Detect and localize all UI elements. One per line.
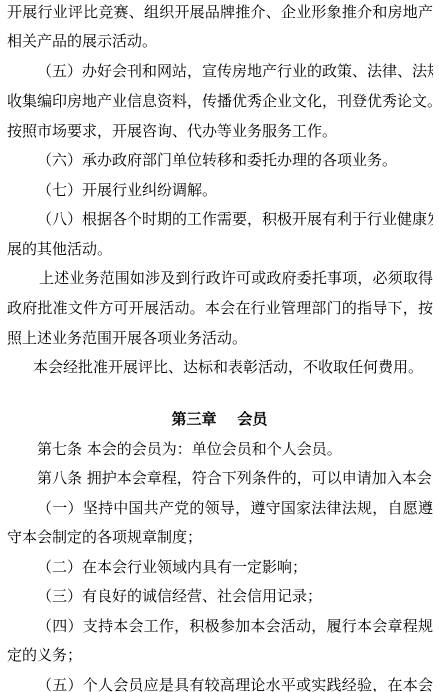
text-line: （五）个人会员应是具有较高理论水平或实践经验，在本会 [37, 674, 433, 692]
text-line: （六）承办政府部门单位转移和委托办理的各项业务。 [37, 149, 433, 171]
text-line: 本会经批准开展评比、达标和表彰活动，不收取任何费用。 [33, 356, 433, 378]
text-line: （二）在本会行业领域内具有一定影响； [37, 556, 433, 578]
text-line: （七）开展行业纠纷调解。 [37, 179, 433, 201]
text-line: 展的其他活动。 [7, 238, 433, 260]
text-line: 守本会制定的各项规章制度； [7, 526, 433, 548]
text-line: 照上述业务范围开展各项业务活动。 [7, 327, 433, 349]
text-line: 第八条 拥护本会章程，符合下列条件的，可以申请加入本会： [37, 467, 433, 489]
text-line: 按照市场要求，开展咨询、代办等业务服务工作。 [7, 120, 433, 142]
text-line: 政府批准文件方可开展活动。本会在行业管理部门的指导下，按 [7, 297, 433, 319]
text-line: 第七条 本会的会员为：单位会员和个人会员。 [37, 438, 433, 460]
document-page: 开展行业评比竞赛、组织开展品牌推介、企业形象推介和房地产相关产品的展示活动。（五… [0, 0, 439, 692]
text-line: （八）根据各个时期的工作需要，积极开展有利于行业健康发 [37, 208, 433, 230]
text-line: 定的义务； [7, 644, 433, 666]
text-line: （五）办好会刊和网站，宣传房地产行业的政策、法律、法规。 [37, 60, 433, 82]
chapter-title: 第三章 会员 [0, 408, 439, 430]
text-line: （三）有良好的诚信经营、社会信用记录； [37, 585, 433, 607]
text-line: （四）支持本会工作，积极参加本会活动，履行本会章程规 [37, 615, 433, 637]
text-line: 开展行业评比竞赛、组织开展品牌推介、企业形象推介和房地产 [7, 1, 433, 23]
text-line: （一）坚持中国共产党的领导，遵守国家法律法规，自愿遵 [37, 497, 433, 519]
text-line: 上述业务范围如涉及到行政许可或政府委托事项，必须取得 [39, 267, 433, 289]
text-line: 相关产品的展示活动。 [7, 30, 433, 52]
text-line: 收集编印房地产业信息资料，传播优秀企业文化，刊登优秀论文。 [7, 90, 433, 112]
